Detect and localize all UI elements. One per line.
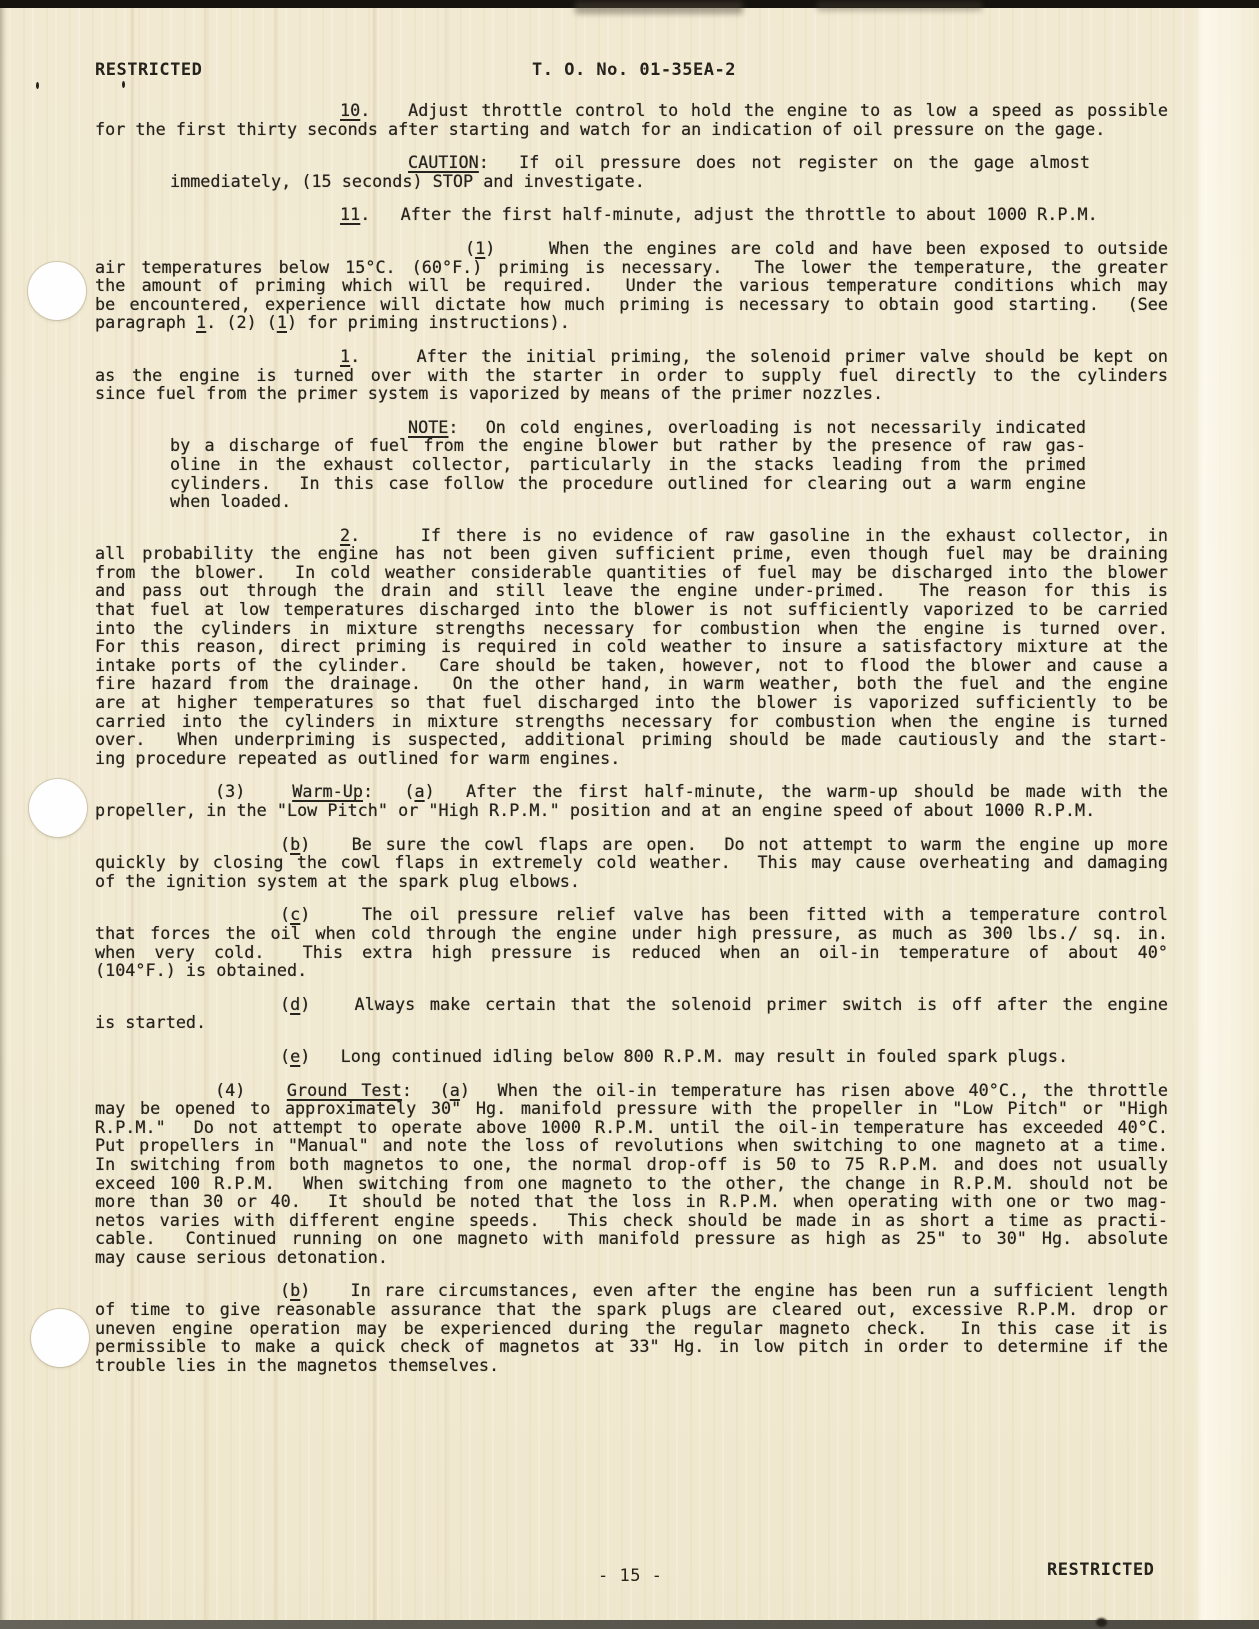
text-line: all probability the engine has not been … [95, 544, 1168, 563]
text-line: immediately, (15 seconds) STOP and inves… [170, 172, 1090, 191]
text-line: R.P.M." Do not attempt to operate above … [95, 1118, 1168, 1137]
text-line: are at higher temperatures so that fuel … [95, 693, 1168, 712]
text-line: air temperatures below 15°C. (60°F.) pri… [95, 258, 1168, 277]
text-line: oline in the exhaust collector, particul… [170, 455, 1086, 474]
text-line: is started. [95, 1013, 1168, 1032]
paragraph-12: (e) Long continued idling below 800 R.P.… [95, 1047, 1168, 1066]
text-line: may be opened to approximately 30" Hg. m… [95, 1099, 1168, 1118]
text-line: NOTE: On cold engines, overloading is no… [170, 418, 1086, 437]
text-line: be encountered, experience will dictate … [95, 295, 1168, 314]
classification-footer: RESTRICTED [1047, 1560, 1154, 1580]
text-line: (3) Warm-Up: (a) After the first half-mi… [95, 782, 1168, 801]
technical-order-number: T. O. No. 01-35EA-2 [532, 60, 736, 80]
scan-smudge [575, 1, 743, 14]
text-line: paragraph 1. (2) (1) for priming instruc… [95, 313, 1168, 332]
paragraph-6: NOTE: On cold engines, overloading is no… [170, 418, 1086, 511]
text-line: (d) Always make certain that the solenoi… [95, 995, 1168, 1014]
paragraph-1: 10. Adjust throttle control to hold the … [95, 101, 1168, 138]
text-line: (b) Be sure the cowl flaps are open. Do … [95, 835, 1168, 854]
text-line: quickly by closing the cowl flaps in ext… [95, 853, 1168, 872]
paragraph-9: (b) Be sure the cowl flaps are open. Do … [95, 835, 1168, 891]
paragraph-4: (1) When the engines are cold and have b… [95, 239, 1168, 332]
text-line: when very cold. This extra high pressure… [95, 943, 1168, 962]
text-line: by a discharge of fuel from the engine b… [170, 436, 1086, 455]
text-line: more than 30 or 40. It should be noted t… [95, 1192, 1168, 1211]
text-line: (104°F.) is obtained. [95, 961, 1168, 980]
text-line: Put propellers in "Manual" and note the … [95, 1136, 1168, 1155]
text-line: may cause serious detonation. [95, 1248, 1168, 1267]
text-line: carried into the cylinders in mixture st… [95, 712, 1168, 731]
text-line: (1) When the engines are cold and have b… [95, 239, 1168, 258]
text-line: uneven engine operation may be experienc… [95, 1319, 1168, 1338]
paragraph-2: CAUTION: If oil pressure does not regist… [170, 153, 1090, 190]
text-line: the amount of priming which will be requ… [95, 276, 1168, 295]
text-line: intake ports of the cylinder. Care shoul… [95, 656, 1168, 675]
text-line: of the ignition system at the spark plug… [95, 872, 1168, 891]
text-line: over. When underpriming is suspected, ad… [95, 730, 1168, 749]
text-line: trouble lies in the magnetos themselves. [95, 1356, 1168, 1375]
paragraph-8: (3) Warm-Up: (a) After the first half-mi… [95, 782, 1168, 819]
text-line: for the first thirty seconds after start… [95, 120, 1168, 139]
text-line: (4) Ground Test: (a) When the oil-in tem… [95, 1081, 1168, 1100]
ink-speck [36, 82, 39, 89]
punch-hole [31, 1309, 89, 1367]
paragraph-11: (d) Always make certain that the solenoi… [95, 995, 1168, 1032]
text-line: that forces the oil when cold through th… [95, 924, 1168, 943]
paragraph-7: 2. If there is no evidence of raw gasoli… [95, 526, 1168, 768]
paragraph-14: (b) In rare circumstances, even after th… [95, 1281, 1168, 1374]
text-line: fire hazard from the drainage. On the ot… [95, 674, 1168, 693]
text-line: 10. Adjust throttle control to hold the … [95, 101, 1168, 120]
paragraph-10: (c) The oil pressure relief valve has be… [95, 905, 1168, 979]
text-line: that fuel at low temperatures discharged… [95, 600, 1168, 619]
text-line: In switching from both magnetos to one, … [95, 1155, 1168, 1174]
text-line: as the engine is turned over with the st… [95, 366, 1168, 385]
text-line: and pass out through the drain and still… [95, 581, 1168, 600]
text-line: For this reason, direct priming is requi… [95, 637, 1168, 656]
scan-edge-bottom [0, 1620, 1259, 1629]
document-body: 10. Adjust throttle control to hold the … [95, 86, 1168, 1374]
text-line: 2. If there is no evidence of raw gasoli… [95, 526, 1168, 545]
text-line: (b) In rare circumstances, even after th… [95, 1281, 1168, 1300]
punch-hole [28, 262, 86, 320]
scan-smudge [817, 1, 982, 11]
paragraph-3: 11. After the first half-minute, adjust … [95, 205, 1168, 224]
paragraph-13: (4) Ground Test: (a) When the oil-in tem… [95, 1081, 1168, 1267]
text-line: netos varies with different engine speed… [95, 1211, 1168, 1230]
text-line: cylinders. In this case follow the proce… [170, 474, 1086, 493]
text-line: into the cylinders in mixture strengths … [95, 619, 1168, 638]
text-line: of time to give reasonable assurance tha… [95, 1300, 1168, 1319]
text-line: propeller, in the "Low Pitch" or "High R… [95, 801, 1168, 820]
text-line: cable. Continued running on one magneto … [95, 1229, 1168, 1248]
punch-hole [29, 779, 87, 837]
text-line: from the blower. In cold weather conside… [95, 563, 1168, 582]
text-line: CAUTION: If oil pressure does not regist… [170, 153, 1090, 172]
paragraph-5: 1. After the initial priming, the soleno… [95, 347, 1168, 403]
classification-header: RESTRICTED [95, 60, 202, 80]
ink-speck [1096, 1618, 1107, 1627]
text-line: permissible to make a quick check of mag… [95, 1337, 1168, 1356]
page-number: - 15 - [598, 1566, 662, 1586]
text-line: ing procedure repeated as outlined for w… [95, 749, 1168, 768]
text-line: when loaded. [170, 492, 1086, 511]
text-line: exceed 100 R.P.M. When switching from on… [95, 1174, 1168, 1193]
text-line: 11. After the first half-minute, adjust … [95, 205, 1168, 224]
text-line: since fuel from the primer system is vap… [95, 384, 1168, 403]
text-line: (c) The oil pressure relief valve has be… [95, 905, 1168, 924]
text-line: (e) Long continued idling below 800 R.P.… [95, 1047, 1168, 1066]
text-line: 1. After the initial priming, the soleno… [95, 347, 1168, 366]
